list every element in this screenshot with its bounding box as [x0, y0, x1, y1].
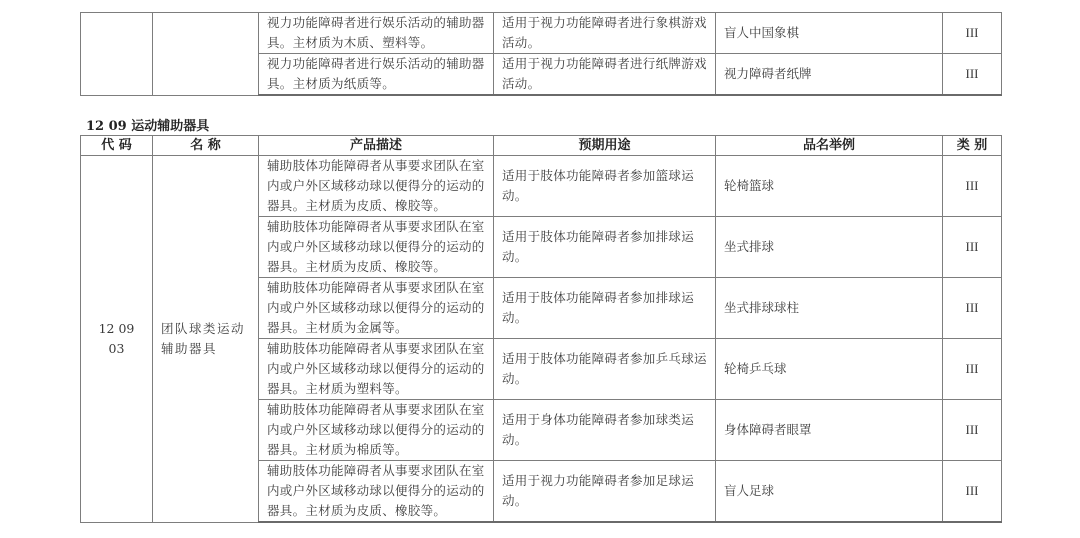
class-cell: III — [943, 461, 1002, 523]
header-class: 类 别 — [943, 136, 1002, 156]
header-code: 代 码 — [81, 136, 153, 156]
description-cell: 视力功能障碍者进行娱乐活动的辅助器具。主材质为木质、塑料等。 — [259, 13, 494, 54]
class-cell: III — [943, 400, 1002, 461]
class-cell: III — [943, 156, 1002, 217]
example-cell: 身体障碍者眼罩 — [716, 400, 943, 461]
intended-use-cell: 适用于视力功能障碍者进行纸牌游戏活动。 — [494, 54, 716, 96]
class-cell: III — [943, 54, 1002, 96]
class-cell: III — [943, 339, 1002, 400]
example-cell: 盲人足球 — [716, 461, 943, 523]
table-header-row: 代 码 名 称 产品描述 预期用途 品名举例 类 别 — [81, 136, 1002, 156]
class-cell: III — [943, 278, 1002, 339]
header-intended-use: 预期用途 — [494, 136, 716, 156]
header-example: 品名举例 — [716, 136, 943, 156]
continuation-table: 视力功能障碍者进行娱乐活动的辅助器具。主材质为木质、塑料等。 适用于视力功能障碍… — [80, 12, 1002, 96]
example-cell: 轮椅篮球 — [716, 156, 943, 217]
intended-use-cell: 适用于视力功能障碍者进行象棋游戏活动。 — [494, 13, 716, 54]
name-cell — [153, 13, 259, 96]
description-cell: 辅助肢体功能障碍者从事要求团队在室内或户外区域移动球以便得分的运动的器具。主材质… — [259, 339, 494, 400]
intended-use-cell: 适用于肢体功能障碍者参加乒乓球运动。 — [494, 339, 716, 400]
intended-use-cell: 适用于肢体功能障碍者参加排球运动。 — [494, 278, 716, 339]
section-title: 12 09 运动辅助器具 — [86, 115, 209, 134]
code-cell — [81, 13, 153, 96]
description-cell: 辅助肢体功能障碍者从事要求团队在室内或户外区域移动球以便得分的运动的器具。主材质… — [259, 400, 494, 461]
header-description: 产品描述 — [259, 136, 494, 156]
example-cell: 盲人中国象棋 — [716, 13, 943, 54]
intended-use-cell: 适用于视力功能障碍者参加足球运动。 — [494, 461, 716, 523]
class-cell: III — [943, 217, 1002, 278]
header-name: 名 称 — [153, 136, 259, 156]
description-cell: 辅助肢体功能障碍者从事要求团队在室内或户外区域移动球以便得分的运动的器具。主材质… — [259, 278, 494, 339]
table-row: 视力功能障碍者进行娱乐活动的辅助器具。主材质为木质、塑料等。 适用于视力功能障碍… — [81, 13, 1002, 54]
example-cell: 视力障碍者纸牌 — [716, 54, 943, 96]
intended-use-cell: 适用于身体功能障碍者参加球类运动。 — [494, 400, 716, 461]
description-cell: 辅助肢体功能障碍者从事要求团队在室内或户外区域移动球以便得分的运动的器具。主材质… — [259, 217, 494, 278]
description-cell: 辅助肢体功能障碍者从事要求团队在室内或户外区域移动球以便得分的运动的器具。主材质… — [259, 461, 494, 523]
example-cell: 轮椅乒乓球 — [716, 339, 943, 400]
sports-aids-table: 代 码 名 称 产品描述 预期用途 品名举例 类 别 12 09 03 团队球类… — [80, 135, 1002, 523]
example-cell: 坐式排球球柱 — [716, 278, 943, 339]
description-cell: 辅助肢体功能障碍者从事要求团队在室内或户外区域移动球以便得分的运动的器具。主材质… — [259, 156, 494, 217]
description-cell: 视力功能障碍者进行娱乐活动的辅助器具。主材质为纸质等。 — [259, 54, 494, 96]
class-cell: III — [943, 13, 1002, 54]
example-cell: 坐式排球 — [716, 217, 943, 278]
group-code-cell: 12 09 03 — [81, 156, 153, 523]
table-row: 12 09 03 团队球类运动辅助器具 辅助肢体功能障碍者从事要求团队在室内或户… — [81, 156, 1002, 217]
intended-use-cell: 适用于肢体功能障碍者参加排球运动。 — [494, 217, 716, 278]
intended-use-cell: 适用于肢体功能障碍者参加篮球运动。 — [494, 156, 716, 217]
group-name-cell: 团队球类运动辅助器具 — [153, 156, 259, 523]
